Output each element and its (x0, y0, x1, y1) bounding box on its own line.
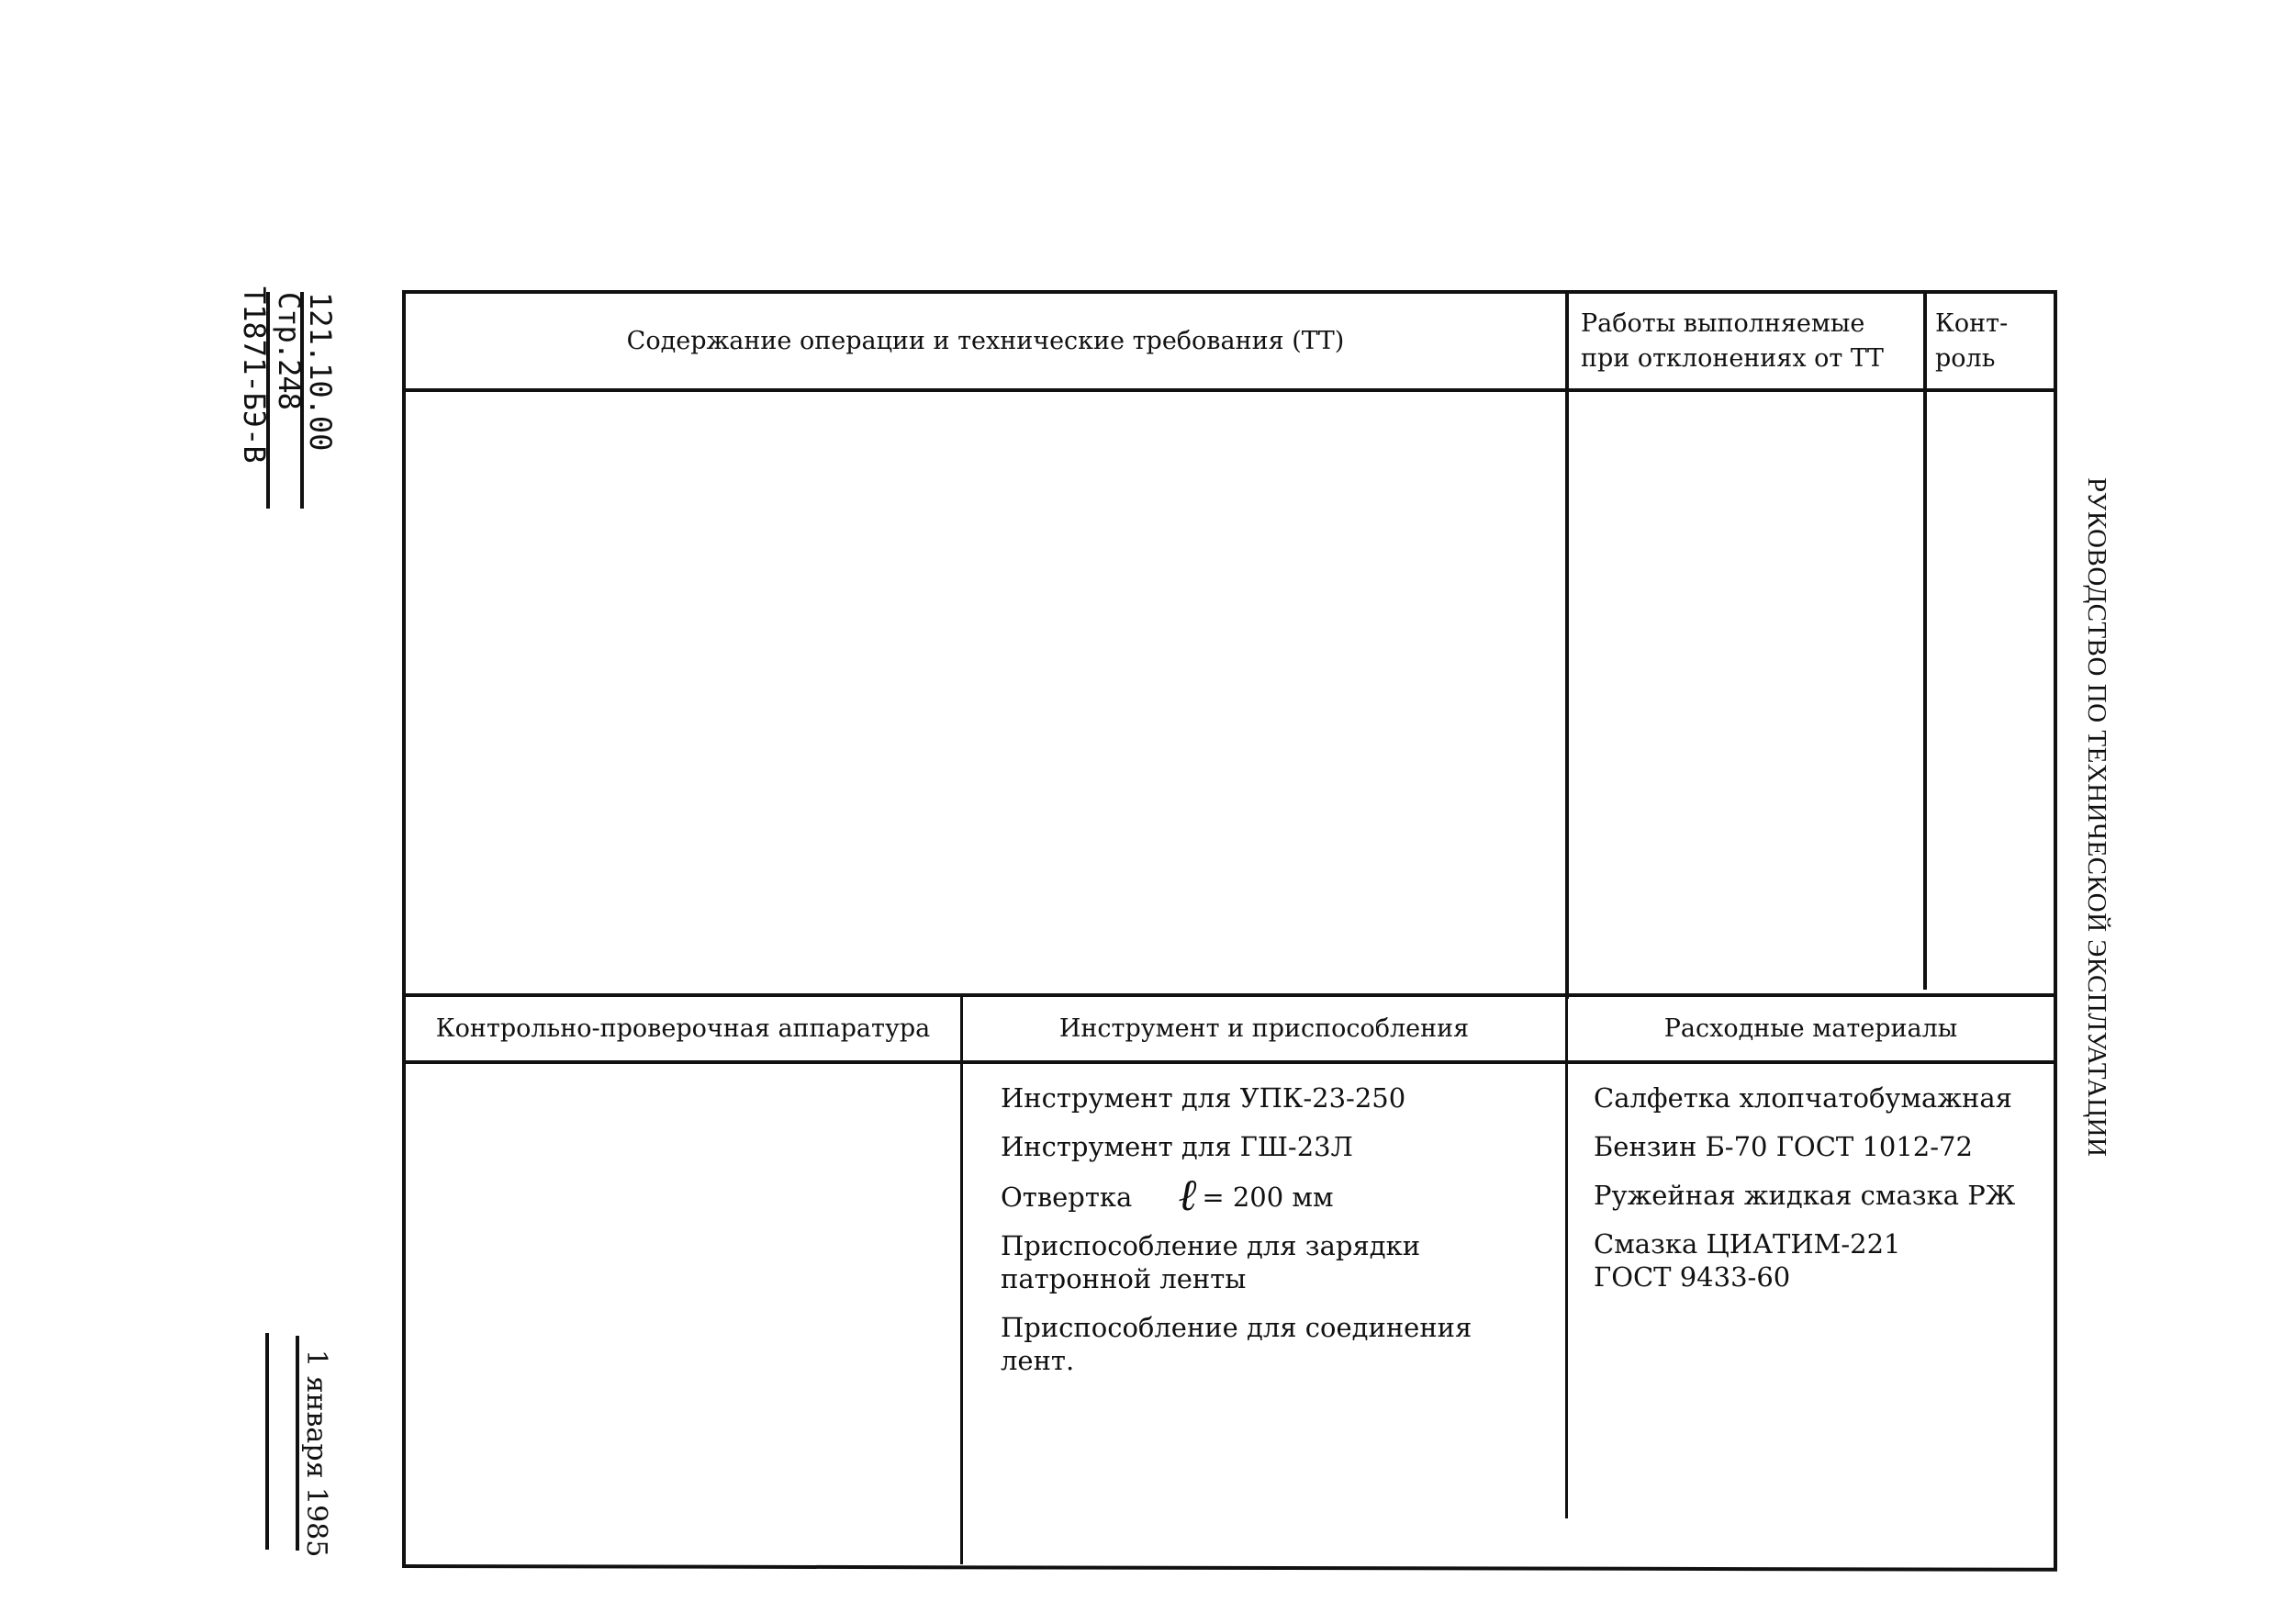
document-code: 121.10.00 (303, 292, 338, 451)
header-equipment: Контрольно-проверочная аппаратура (406, 997, 960, 1060)
length-symbol: ℓ (1178, 1170, 1196, 1221)
column-divider (960, 995, 963, 1564)
column-divider (1565, 995, 1568, 1518)
list-item: Приспособление для зарядки патронной лен… (1001, 1229, 1551, 1295)
header-deviation-work: Работы выполняемые при отклонениях от ТТ (1581, 294, 1920, 388)
deviation-work-cell (1569, 392, 1923, 993)
tools-list: Инструмент для УПК-23-250 Инструмент для… (1001, 1081, 1551, 1393)
list-item: Приспособление для соединения лент. (1001, 1311, 1551, 1377)
stamp-divider (266, 292, 270, 509)
tool-label: Отвертка (1001, 1182, 1132, 1213)
list-item: Салфетка хлопчатобумажная (1594, 1081, 2053, 1114)
header-control: Конт- роль (1935, 294, 2053, 388)
table-border-right (2054, 294, 2057, 1568)
header-tools: Инструмент и приспособления (963, 997, 1565, 1060)
tool-length: = 200 мм (1202, 1182, 1333, 1213)
stamp-divider (300, 292, 304, 509)
stamp-divider (296, 1336, 299, 1551)
content-cell (406, 392, 1565, 993)
list-item: Смазка ЦИАТИМ-221 ГОСТ 9433-60 (1594, 1227, 2053, 1294)
equipment-cell (406, 1064, 960, 1564)
list-item: Инструмент для УПК-23-250 (1001, 1081, 1551, 1114)
header-materials: Расходные материалы (1568, 997, 2054, 1060)
list-item: Инструмент для ГШ-23Л (1001, 1130, 1551, 1163)
list-item: Ружейная жидкая смазка РЖ (1594, 1179, 2053, 1212)
control-cell (1927, 392, 2054, 993)
table-border-bottom (406, 1564, 2057, 1572)
revision-date: 1 января 1985 (300, 1350, 332, 1557)
materials-list: Салфетка хлопчатобумажная Бензин Б-70 ГО… (1594, 1081, 2053, 1309)
stamp-divider (265, 1333, 269, 1550)
manual-title: РУКОВОДСТВО ПО ТЕХНИЧЕСКОЙ ЭКСПЛУАТАЦИИ (2081, 477, 2111, 1157)
list-item: Отверткаℓ= 200 мм (1001, 1179, 1551, 1214)
header-content: Содержание операции и технические требов… (406, 294, 1565, 388)
list-item: Бензин Б-70 ГОСТ 1012-72 (1594, 1130, 2053, 1163)
